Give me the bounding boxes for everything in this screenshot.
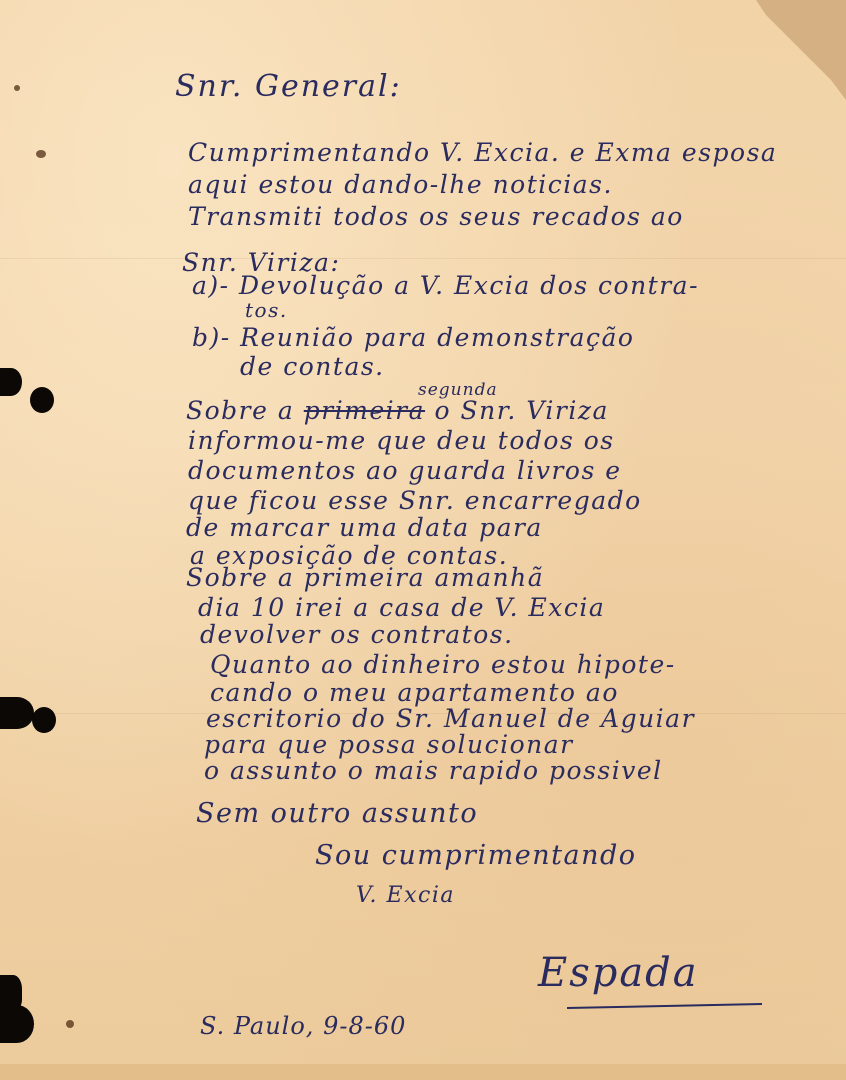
scan-edge [0,1064,846,1080]
torn-corner [746,0,846,100]
closing-line: Sem outro assunto [196,800,478,827]
damage-hole [0,697,34,729]
damage-hole [32,707,56,733]
body-line: Quanto ao dinheiro estou hipote- [210,652,676,677]
paper-crease [0,258,846,259]
body-line: informou-me que deu todos os [188,428,615,453]
body-line: documentos ao guarda livros e [188,458,622,483]
damage-hole [0,1005,34,1043]
body-line: para que possa solucionar [204,732,574,757]
letter-page: Snr. General: Cumprimentando V. Excia. e… [0,0,846,1080]
signature-underline [567,1003,762,1009]
place-date: S. Paulo, 9-8-60 [200,1012,406,1040]
body-line: Sobre a primeira amanhã [186,565,544,590]
closing-line: V. Excia [356,885,455,907]
damage-hole [0,368,22,396]
body-line: o assunto o mais rapido possivel [204,758,663,783]
closing-line: Sou cumprimentando [315,842,637,869]
ink-stain [66,1020,74,1028]
body-line-text: Sobre a primeira o Snr. Viriza [186,396,609,425]
body-line: que ficou esse Snr. encarregado [188,488,642,513]
signature: Espada [538,950,699,996]
body-line: devolver os contratos. [200,622,514,647]
body-line: escritorio do Sr. Manuel de Aguiar [206,706,695,731]
body-line: aqui estou dando-lhe noticias. [188,172,613,197]
salutation: Snr. General: [175,72,402,102]
body-line: Cumprimentando V. Excia. e Exma esposa [188,140,777,165]
body-line: Sobre a primeira o Snr. Viriza [186,398,609,423]
body-line: cando o meu apartamento ao [210,680,619,705]
list-item-a-cont: tos. [245,300,288,320]
ink-stain [14,85,20,91]
list-item-b-cont: de contas. [240,354,385,379]
struck-word: primeira [304,396,425,425]
list-item-a: a)- Devolução a V. Excia dos contra- [192,273,699,298]
ink-stain [36,150,46,158]
body-line: Transmiti todos os seus recados ao [188,204,684,229]
body-line: de marcar uma data para [186,515,543,540]
list-item-b: b)- Reunião para demonstração [192,325,634,350]
damage-hole [30,387,54,413]
body-line: dia 10 irei a casa de V. Excia [198,595,605,620]
